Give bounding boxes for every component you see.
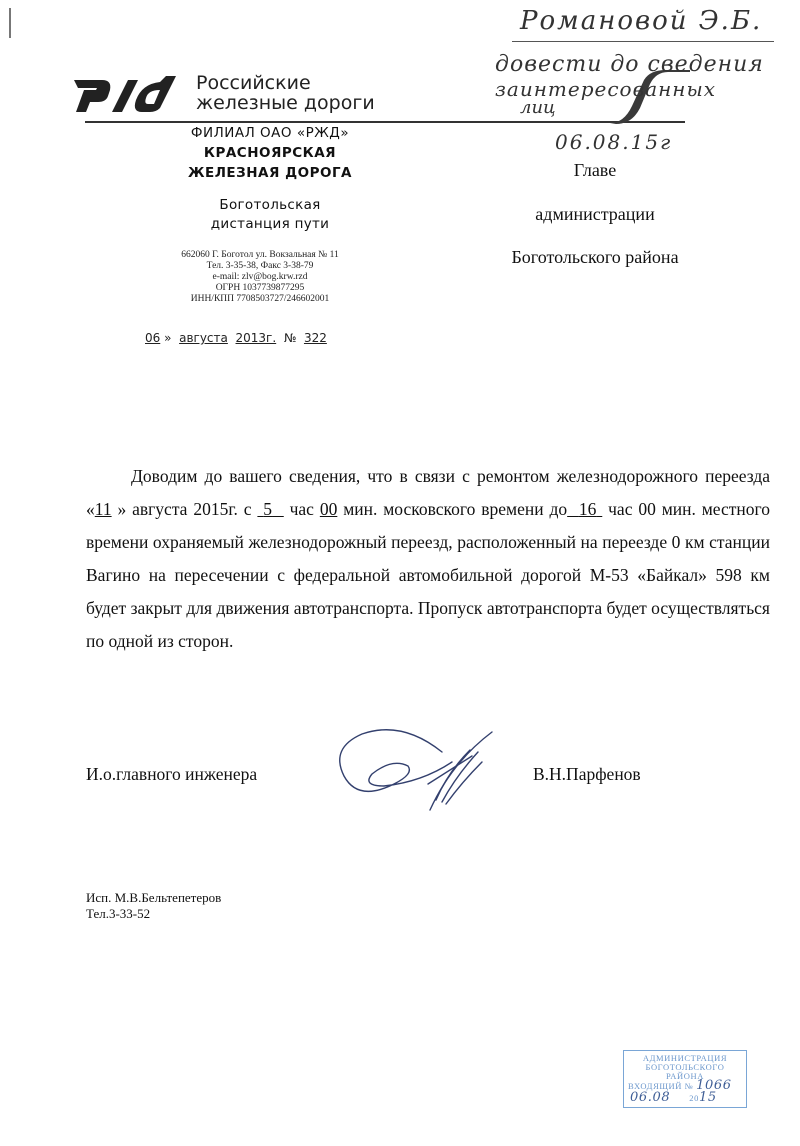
- outgoing-reference: 06 » августа 2013г. № 322: [145, 331, 327, 345]
- closure-hour-to: 16: [567, 499, 602, 519]
- ogrn: ОГРН 1037739877295: [150, 283, 370, 294]
- closure-day: 11: [95, 499, 112, 519]
- executor-name: Исп. М.В.Бельтепетеров: [86, 890, 221, 906]
- addressee-line: Боготольского района: [490, 247, 700, 268]
- resolution-text-line: довести до сведения: [495, 52, 764, 77]
- incoming-date: 06.08 2015: [624, 1093, 746, 1103]
- phone-fax: Тел. 3-35-38, Факс 3-38-79: [150, 261, 370, 272]
- closure-min-from: 00: [320, 499, 338, 519]
- resolution-date: 06.08.15г: [555, 130, 672, 154]
- incoming-registration-stamp: АДМИНИСТРАЦИЯ БОГОТОЛЬСКОГО РАЙОНА ВХОДЯ…: [623, 1050, 747, 1108]
- resolution-text-line: лиц: [520, 97, 556, 118]
- resolution-underline: [512, 41, 774, 42]
- address: 662060 Г. Боготол ул. Вокзальная № 11: [150, 250, 370, 261]
- letter-body: Доводим до вашего сведения, что в связи …: [86, 460, 770, 658]
- executor-info: Исп. М.В.Бельтепетеров Тел.3-33-52: [86, 890, 221, 922]
- inn-kpp: ИНН/КПП 7708503727/246602001: [150, 294, 370, 305]
- executor-phone: Тел.3-33-52: [86, 906, 221, 922]
- body-paragraph: Доводим до вашего сведения, что в связи …: [86, 460, 770, 658]
- scan-edge-mark: [9, 8, 11, 38]
- signature-icon: [322, 722, 502, 814]
- closure-hour-from: 5: [257, 499, 283, 519]
- contact-details: 662060 Г. Боготол ул. Вокзальная № 11 Те…: [150, 250, 370, 305]
- signatory-name: В.Н.Парфенов: [533, 764, 641, 785]
- rzd-logo-icon: [72, 72, 182, 114]
- email: e-mail: zlv@bog.krw.rzd: [150, 272, 370, 283]
- resolution-recipient: Романовой Э.Б.: [520, 6, 762, 36]
- addressee-line: Главе: [490, 160, 700, 181]
- brand-name: Российские железные дороги: [196, 73, 375, 113]
- signatory-role: И.о.главного инженера: [86, 764, 257, 785]
- addressee-line: администрации: [490, 204, 700, 225]
- division-name: Боготольская дистанция пути: [140, 196, 400, 234]
- branch-name: ФИЛИАЛ ОАО «РЖД» КРАСНОЯРСКАЯ ЖЕЛЕЗНАЯ Д…: [140, 123, 400, 183]
